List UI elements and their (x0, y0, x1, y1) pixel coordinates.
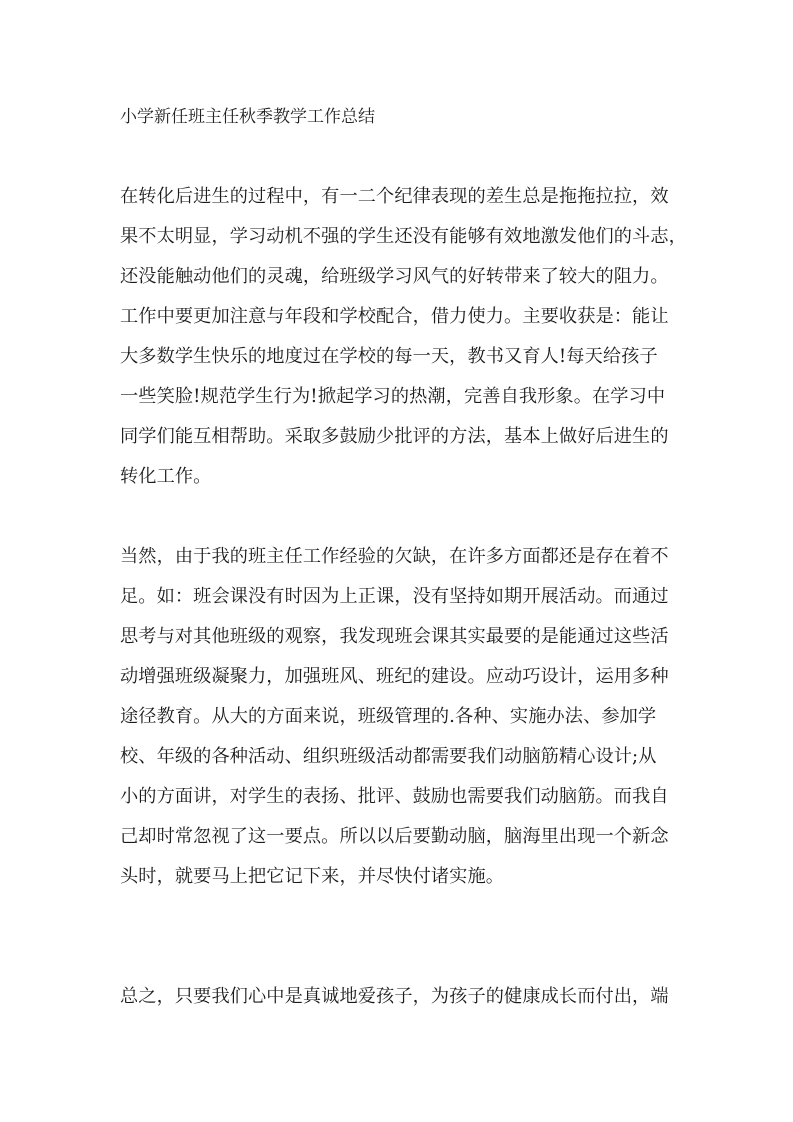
document-title: 小学新任班主任秋季教学工作总结 (120, 104, 680, 130)
text-line: 足。如：班会课没有时因为上正课，没有坚持如期开展活动。而通过 (120, 577, 680, 617)
text-line: 小的方面讲，对学生的表扬、批评、鼓励也需要我们动脑筋。而我自 (120, 777, 680, 817)
text-line: 途径教育。从大的方面来说，班级管理的.各种、实施办法、参加学 (120, 697, 680, 737)
text-line: 己却时常忽视了这一要点。所以以后要勤动脑，脑海里出现一个新念 (120, 817, 680, 857)
text-line: 当然，由于我的班主任工作经验的欠缺，在许多方面都还是存在着不 (120, 537, 680, 577)
text-line: 同学们能互相帮助。采取多鼓励少批评的方法，基本上做好后进生的 (120, 417, 680, 457)
text-line: 动增强班级凝聚力，加强班风、班纪的建设。应动巧设计，运用多种 (120, 657, 680, 697)
text-line: 总之，只要我们心中是真诚地爱孩子，为孩子的健康成长而付出，端 (120, 977, 680, 1017)
text-line: 思考与对其他班级的观察，我发现班会课其实最要的是能通过这些活 (120, 617, 680, 657)
text-line: 校、年级的各种活动、组织班级活动都需要我们动脑筋精心设计;从 (120, 737, 680, 777)
text-line: 工作中要更加注意与年段和学校配合，借力使力。主要收获是：能让 (120, 297, 680, 337)
document-page: 小学新任班主任秋季教学工作总结 在转化后进生的过程中，有一二个纪律表现的差生总是… (0, 0, 793, 1122)
text-line: 还没能触动他们的灵魂，给班级学习风气的好转带来了较大的阻力。 (120, 257, 680, 297)
text-line: 大多数学生快乐的地度过在学校的每一天，教书又育人!每天给孩子 (120, 337, 680, 377)
text-line: 在转化后进生的过程中，有一二个纪律表现的差生总是拖拖拉拉，效 (120, 177, 680, 217)
text-line: 头时，就要马上把它记下来，并尽快付诸实施。 (120, 857, 680, 897)
paragraph-3: 总之，只要我们心中是真诚地爱孩子，为孩子的健康成长而付出，端 (120, 977, 680, 1017)
paragraph-2: 当然，由于我的班主任工作经验的欠缺，在许多方面都还是存在着不 足。如：班会课没有… (120, 537, 680, 897)
paragraph-1: 在转化后进生的过程中，有一二个纪律表现的差生总是拖拖拉拉，效 果不太明显，学习动… (120, 177, 680, 497)
text-line: 果不太明显，学习动机不强的学生还没有能够有效地激发他们的斗志， (120, 217, 680, 257)
text-line: 一些笑脸!规范学生行为!掀起学习的热潮，完善自我形象。在学习中 (120, 377, 680, 417)
text-line: 转化工作。 (120, 457, 680, 497)
